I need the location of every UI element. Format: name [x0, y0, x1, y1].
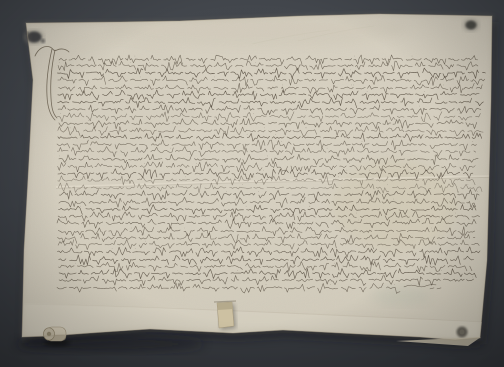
charter-photo-svg	[0, 0, 504, 367]
photo-stage	[0, 0, 504, 367]
ink-blot-top-right	[463, 19, 479, 32]
